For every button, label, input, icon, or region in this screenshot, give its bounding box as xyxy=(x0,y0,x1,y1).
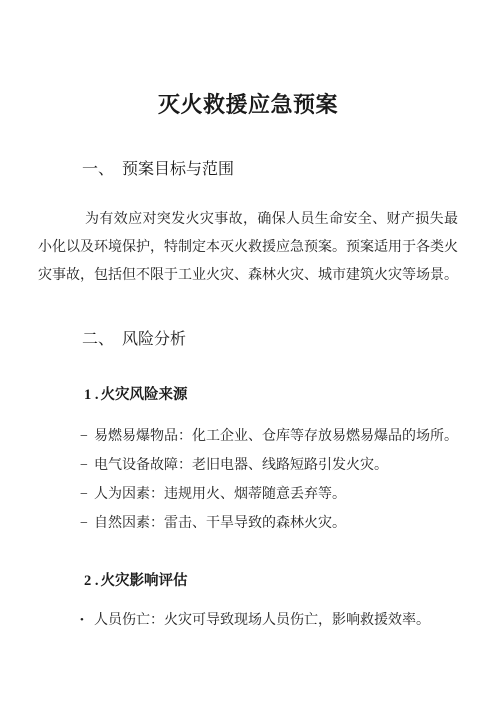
document-title: 灭火救援应急预案 xyxy=(38,0,458,120)
section-risk-analysis: 二、风险分析 1 .火灾风险来源 − 易燃易爆物品：化工企业、仓库等存放易燃易爆… xyxy=(38,328,458,635)
subsection-heading-text: 火灾影响评估 xyxy=(101,573,188,589)
list-item-text: 电气设备故障：老旧电器、线路短路引发火灾。 xyxy=(94,451,458,480)
bullet-marker: • xyxy=(80,606,94,635)
list-item: − 易燃易爆物品：化工企业、仓库等存放易燃易爆品的场所。 xyxy=(80,422,458,451)
risk-source-list: − 易燃易爆物品：化工企业、仓库等存放易燃易爆品的场所。 − 电气设备故障：老旧… xyxy=(80,422,458,538)
subsection-heading-text: 火灾风险来源 xyxy=(101,387,188,403)
dash-marker: − xyxy=(80,480,94,509)
intro-paragraph: 为有效应对突发火灾事故，确保人员生命安全、财产损失最小化以及环境保护，特制定本灭… xyxy=(38,206,458,290)
section-number: 一、 xyxy=(82,161,114,178)
section-number: 二、 xyxy=(82,331,114,348)
dash-marker: − xyxy=(80,451,94,480)
section-heading-text: 预案目标与范围 xyxy=(122,161,234,178)
impact-assessment-list: • 人员伤亡：火灾可导致现场人员伤亡，影响救援效率。 xyxy=(80,606,458,635)
section-heading: 二、风险分析 xyxy=(82,328,458,352)
list-item-text: 人员伤亡：火灾可导致现场人员伤亡，影响救援效率。 xyxy=(94,606,458,635)
subsection-heading-fire-risk-sources: 1 .火灾风险来源 xyxy=(84,384,458,406)
list-item-text: 人为因素：违规用火、烟蒂随意丢弃等。 xyxy=(94,480,458,509)
list-item-text: 易燃易爆物品：化工企业、仓库等存放易燃易爆品的场所。 xyxy=(94,422,458,451)
list-item: − 自然因素：雷击、干旱导致的森林火灾。 xyxy=(80,509,458,538)
section-heading: 一、预案目标与范围 xyxy=(82,158,458,182)
dash-marker: − xyxy=(80,509,94,538)
list-item: − 人为因素：违规用火、烟蒂随意丢弃等。 xyxy=(80,480,458,509)
section-heading-text: 风险分析 xyxy=(122,331,186,348)
list-item: • 人员伤亡：火灾可导致现场人员伤亡，影响救援效率。 xyxy=(80,606,458,635)
section-objectives-and-scope: 一、预案目标与范围 为有效应对突发火灾事故，确保人员生命安全、财产损失最小化以及… xyxy=(38,158,458,290)
document-page: 灭火救援应急预案 一、预案目标与范围 为有效应对突发火灾事故，确保人员生命安全、… xyxy=(0,0,500,707)
dash-marker: − xyxy=(80,422,94,451)
list-item: − 电气设备故障：老旧电器、线路短路引发火灾。 xyxy=(80,451,458,480)
subsection-heading-fire-impact-assessment: 2 .火灾影响评估 xyxy=(84,570,458,592)
subsection-number: 2 . xyxy=(84,573,99,589)
list-item-text: 自然因素：雷击、干旱导致的森林火灾。 xyxy=(94,509,458,538)
subsection-number: 1 . xyxy=(84,387,99,403)
